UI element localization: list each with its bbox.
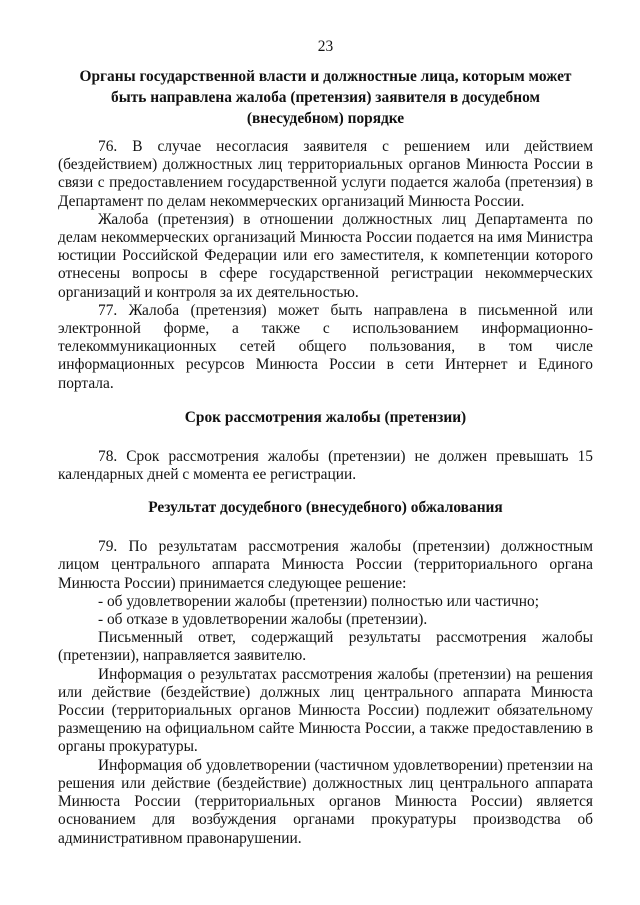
page-number: 23 xyxy=(58,38,593,56)
paragraph-76: 76. В случае несогласия заявителя с реше… xyxy=(58,138,593,211)
paragraph-written-response: Письменный ответ, содержащий результаты … xyxy=(58,629,593,665)
document-page: 23 Органы государственной власти и должн… xyxy=(0,0,640,905)
paragraph-77: 77. Жалоба (претензия) может быть направ… xyxy=(58,302,593,393)
section-appeal-result: Результат досудебного (внесудебного) обж… xyxy=(58,497,593,847)
section-heading-appeal-result: Результат досудебного (внесудебного) обж… xyxy=(58,497,593,518)
section-complaint-bodies: Органы государственной власти и должност… xyxy=(58,66,593,393)
section-heading-review-term: Срок рассмотрения жалобы (претензии) xyxy=(58,407,593,428)
paragraph-76-continuation: Жалоба (претензия) в отношении должностн… xyxy=(58,211,593,302)
section-heading-complaint-bodies: Органы государственной власти и должност… xyxy=(73,66,578,129)
paragraph-79: 79. По результатам рассмотрения жалобы (… xyxy=(58,538,593,593)
paragraph-78: 78. Срок рассмотрения жалобы (претензии)… xyxy=(58,448,593,484)
decision-list-item-refuse: - об отказе в удовлетворении жалобы (пре… xyxy=(58,611,593,629)
paragraph-prosecution-grounds: Информация об удовлетворении (частичном … xyxy=(58,757,593,848)
decision-list-item-satisfy: - об удовлетворении жалобы (претензии) п… xyxy=(58,593,593,611)
section-review-term: Срок рассмотрения жалобы (претензии) 78.… xyxy=(58,407,593,484)
paragraph-results-publication: Информация о результатах рассмотрения жа… xyxy=(58,666,593,757)
